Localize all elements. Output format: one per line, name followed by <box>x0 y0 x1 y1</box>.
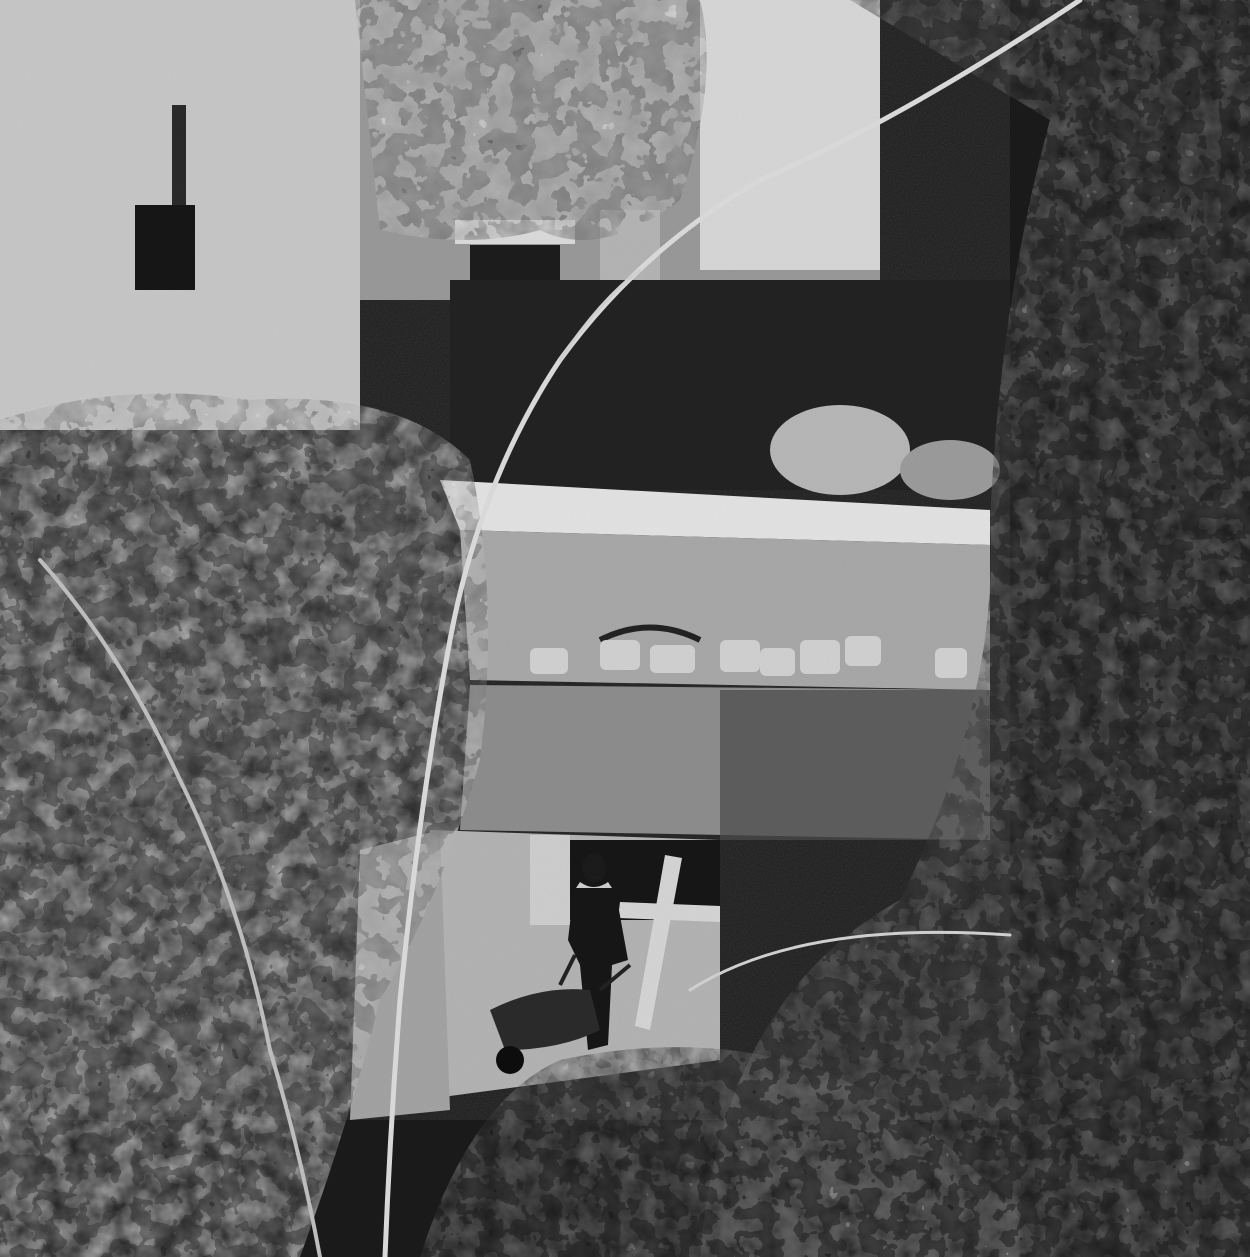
photograph: Black-and-white photograph looking down … <box>0 0 1250 1257</box>
wall-window-opening <box>135 205 195 290</box>
rubble-pile <box>770 405 910 495</box>
photo-illustration <box>0 0 1250 1257</box>
